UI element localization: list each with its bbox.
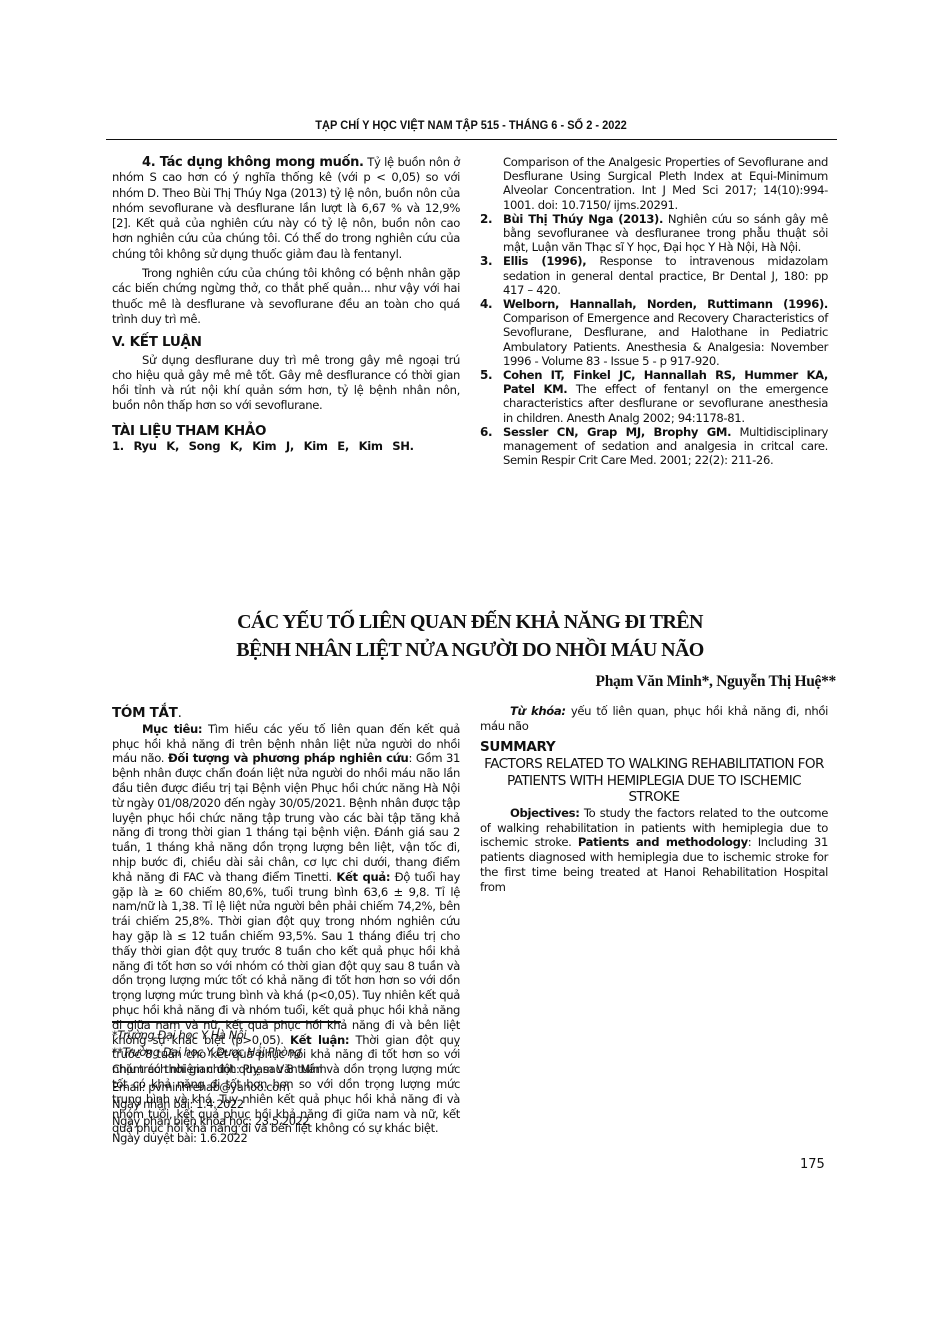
reference-authors: Ellis (1996), <box>503 254 586 268</box>
conclusion-heading: V. KẾT LUẬN <box>112 335 460 350</box>
summary-heading: SUMMARY <box>480 740 828 755</box>
side-effects-label: 4. Tác dụng không mong muốn. <box>142 155 364 170</box>
footnotes: *Trường Đại học Y Hà Nội **Trường Đại họ… <box>112 1027 472 1147</box>
journal-page: TẠP CHÍ Y HỌC VIỆT NAM TẬP 515 - THÁNG 6… <box>0 0 942 1333</box>
keywords-label: Từ khóa: <box>510 704 566 718</box>
reference-item: 6. Sessler CN, Grap MJ, Brophy GM. Multi… <box>480 425 828 468</box>
summary-title: FACTORS RELATED TO WALKING REHABILITATIO… <box>480 756 828 806</box>
reference-item: Comparison of the Analgesic Properties o… <box>480 155 828 212</box>
page-number: 175 <box>800 1157 825 1172</box>
reference-text: Comparison of Emergence and Recovery Cha… <box>503 311 828 368</box>
article-authors: Phạm Văn Minh*, Nguyễn Thị Huệ** <box>596 673 836 691</box>
reference-item: 5. Cohen IT, Finkel JC, Hannallah RS, Hu… <box>480 368 828 425</box>
reference-number: 5. <box>480 368 503 425</box>
side-effects-text: Tỷ lệ buồn nôn ở nhóm S cao hơn có ý ngh… <box>112 155 460 261</box>
article-title: CÁC YẾU TỐ LIÊN QUAN ĐẾN KHẢ NĂNG ĐI TRÊ… <box>120 608 820 664</box>
footnote-rule <box>112 1021 341 1023</box>
side-effects-paragraph: 4. Tác dụng không mong muốn. Tỷ lệ buồn … <box>112 155 460 262</box>
header-rule <box>106 139 837 140</box>
summary-paragraph: Objectives: To study the factors related… <box>480 806 828 895</box>
reference-number: 4. <box>480 297 503 368</box>
reference-text: Comparison of the Analgesic Properties o… <box>503 155 828 212</box>
reference-number <box>480 155 503 212</box>
reference-number: 2. <box>480 212 503 255</box>
abstract-heading: TÓM TẮT. <box>112 706 460 721</box>
summary-methods-label: Patients and methodology <box>578 835 748 849</box>
date-approved: Ngày duyệt bài: 1.6.2022 <box>112 1130 472 1147</box>
date-reviewed: Ngày phản biện khoa học: 23.5.2022 <box>112 1113 472 1130</box>
reference-authors: Sessler CN, Grap MJ, Brophy GM. <box>503 425 731 439</box>
references-heading: TÀI LIỆU THAM KHẢO <box>112 424 460 439</box>
responsible-author: Chịu trách nhiệm chính: Phạm Văn Minh <box>112 1061 472 1078</box>
methods-text: : Gồm 31 bệnh nhân được chẩn đoán liệt n… <box>112 751 460 883</box>
reference-authors: Welborn, Hannallah, Norden, Ruttimann (1… <box>503 297 828 311</box>
reference-body: Welborn, Hannallah, Norden, Ruttimann (1… <box>503 297 828 368</box>
affiliation-1: *Trường Đại học Y Hà Nội <box>112 1027 472 1044</box>
reference-body: Cohen IT, Finkel JC, Hannallah RS, Humme… <box>503 368 828 425</box>
article-title-line-2: BỆNH NHÂN LIỆT NỬA NGƯỜI DO NHỒI MÁU NÃO <box>120 636 820 664</box>
reference-number: 3. <box>480 254 503 297</box>
reference-item: 2. Bùi Thị Thúy Nga (2013). Nghiên cứu s… <box>480 212 828 255</box>
reference-item: 3. Ellis (1996), Response to intravenous… <box>480 254 828 297</box>
running-header: TẠP CHÍ Y HỌC VIỆT NAM TẬP 515 - THÁNG 6… <box>135 118 807 132</box>
author-email: Email: pvminhrehab@yahoo.com <box>112 1079 472 1096</box>
article-title-line-1: CÁC YẾU TỐ LIÊN QUAN ĐẾN KHẢ NĂNG ĐI TRÊ… <box>120 608 820 636</box>
methods-label: Đối tượng và phương pháp nghiên cứu <box>168 751 408 765</box>
affiliation-2: **Trường Đại học Y Dược Hải Phòng <box>112 1044 472 1061</box>
date-received: Ngày nhận bài: 1.4.2022 <box>112 1096 472 1113</box>
abstract-heading-text: TÓM TẮT <box>112 705 178 721</box>
reference-1-start: 1. Ryu K, Song K, Kim J, Kim E, Kim SH. <box>112 439 460 454</box>
summary-en: Từ khóa: yếu tố liên quan, phục hồi khả … <box>480 700 828 895</box>
objectives-label: Objectives: <box>510 806 580 820</box>
conclusion-paragraph: Sử dụng desflurane duy trì mê trong gây … <box>112 353 460 414</box>
results-label: Kết quả: <box>336 870 390 884</box>
objective-label: Mục tiêu: <box>142 722 202 736</box>
reference-authors: Bùi Thị Thúy Nga (2013). <box>503 212 663 226</box>
abstract-heading-suffix: . <box>178 705 182 721</box>
reference-item: 4. Welborn, Hannallah, Norden, Ruttimann… <box>480 297 828 368</box>
reference-body: Bùi Thị Thúy Nga (2013). Nghiên cứu so s… <box>503 212 828 255</box>
complications-paragraph: Trong nghiên cứu của chúng tôi không có … <box>112 266 460 327</box>
references-list: Comparison of the Analgesic Properties o… <box>480 155 828 467</box>
keywords-paragraph: Từ khóa: yếu tố liên quan, phục hồi khả … <box>480 704 828 734</box>
reference-body: Ellis (1996), Response to intravenous mi… <box>503 254 828 297</box>
left-column-top: 4. Tác dụng không mong muốn. Tỷ lệ buồn … <box>112 155 460 454</box>
reference-number: 6. <box>480 425 503 468</box>
reference-body: Sessler CN, Grap MJ, Brophy GM. Multidis… <box>503 425 828 468</box>
reference-body: Comparison of the Analgesic Properties o… <box>503 155 828 212</box>
